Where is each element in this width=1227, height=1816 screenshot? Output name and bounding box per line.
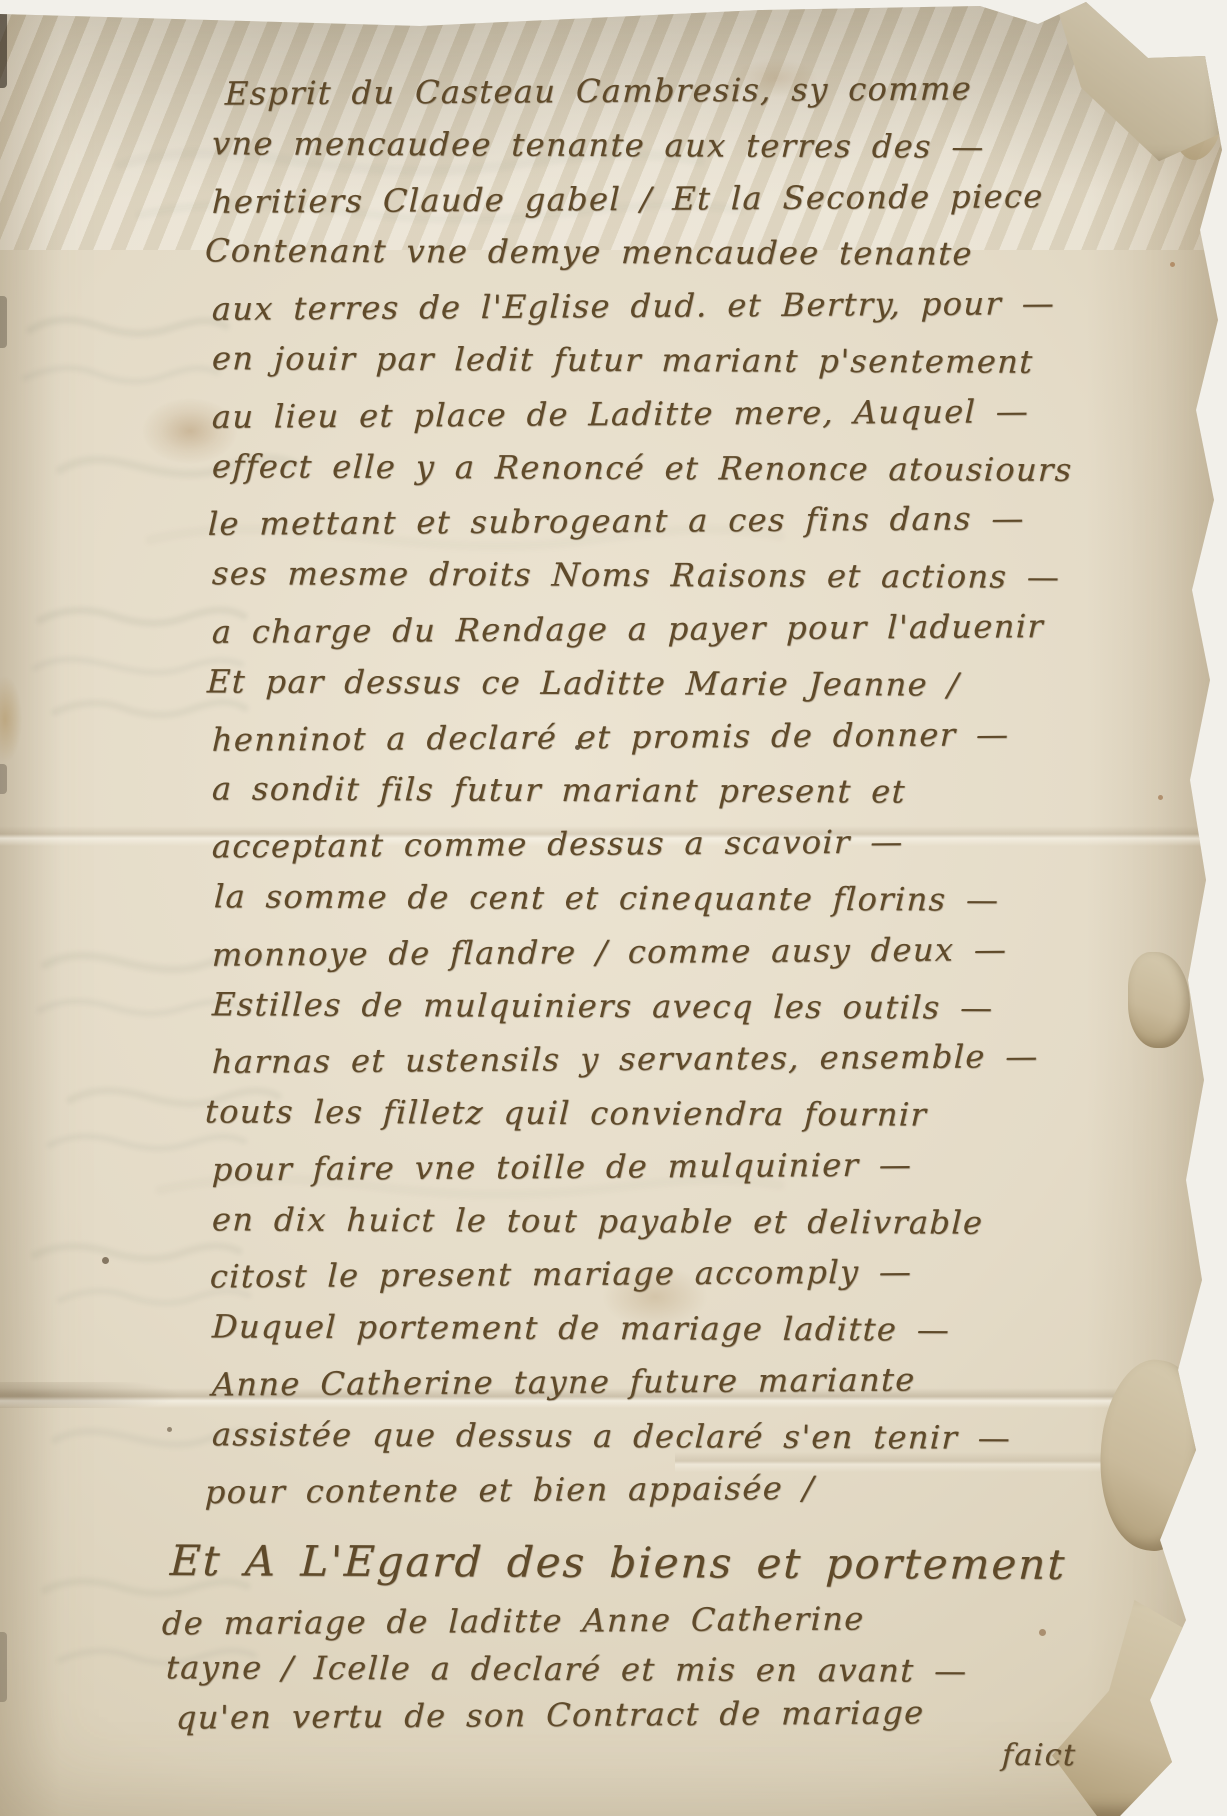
manuscript-line: heritiers Claude gabel / Et la Seconde p… — [211, 177, 1044, 221]
manuscript-page: Esprit du Casteau Cambresis, sy comme vn… — [0, 0, 1227, 1816]
manuscript-line: qu'en vertu de son Contract de mariage — [175, 1693, 925, 1736]
manuscript-line: touts les filletz quil conviendra fourni… — [204, 1092, 928, 1133]
manuscript-line: effect elle y a Renoncé et Renonce atous… — [211, 447, 1073, 489]
manuscript-line: Et par dessus ce Laditte Marie Jeanne / — [206, 662, 960, 703]
manuscript-line: Duquel portement de mariage laditte — — [211, 1307, 951, 1348]
manuscript-line: Et A L'Egard des biens et portement — [169, 1536, 1067, 1589]
manuscript-line: vne mencaudee tenante aux terres des — — [211, 124, 985, 165]
scanned-manuscript: Esprit du Casteau Cambresis, sy comme vn… — [0, 0, 1227, 1816]
manuscript-line: acceptant comme dessus a scavoir — — [211, 823, 904, 866]
manuscript-line: en dix huict le tout payable et delivrab… — [211, 1200, 984, 1241]
manuscript-line: aux terres de l'Eglise dud. et Bertry, p… — [211, 284, 1055, 328]
scan-edge-artifact — [0, 296, 7, 348]
manuscript-line: le mettant et subrogeant a ces fins dans… — [207, 499, 1025, 543]
scan-edge-artifact — [0, 0, 7, 88]
handwritten-text: Esprit du Casteau Cambresis, sy comme vn… — [0, 0, 1227, 1816]
manuscript-line: Anne Catherine tayne future mariante — [211, 1361, 916, 1404]
manuscript-line: a charge du Rendage a payer pour l'aduen… — [211, 607, 1044, 651]
manuscript-line: Contenant vne demye mencaudee tenante — [204, 231, 973, 272]
manuscript-line: Esprit du Casteau Cambresis, sy comme — [224, 69, 972, 112]
manuscript-line: tayne / Icelle a declaré et mis en avant… — [165, 1648, 968, 1689]
manuscript-line: ses mesme droits Noms Raisons et actions… — [211, 554, 1061, 596]
manuscript-line: Estilles de mulquiniers avecq les outils… — [211, 985, 994, 1026]
manuscript-line: henninot a declaré et promis de donner — — [211, 715, 1010, 759]
manuscript-line: de mariage de laditte Anne Catherine — [161, 1600, 865, 1643]
scan-edge-artifact — [0, 764, 7, 794]
manuscript-line: pour faire vne toille de mulquinier — — [211, 1146, 913, 1189]
manuscript-line: a sondit fils futur mariant present et — [211, 769, 906, 810]
manuscript-line: monnoye de flandre / comme ausy deux — — [211, 930, 1008, 974]
manuscript-line: pour contente et bien appaisée / — [204, 1469, 815, 1511]
catchword: faict — [1001, 1738, 1077, 1773]
manuscript-line: en jouir par ledit futur mariant p'sente… — [211, 339, 1034, 381]
manuscript-line: harnas et ustensils y servantes, ensembl… — [211, 1037, 1039, 1081]
scan-edge-artifact — [0, 1632, 7, 1702]
manuscript-line: la somme de cent et cinequante florins — — [213, 877, 1000, 918]
manuscript-line: assistée que dessus a declaré s'en tenir… — [211, 1415, 1012, 1456]
manuscript-line: citost le present mariage accomply — — [209, 1253, 913, 1296]
manuscript-line: au lieu et place de Laditte mere, Auquel… — [211, 392, 1029, 436]
